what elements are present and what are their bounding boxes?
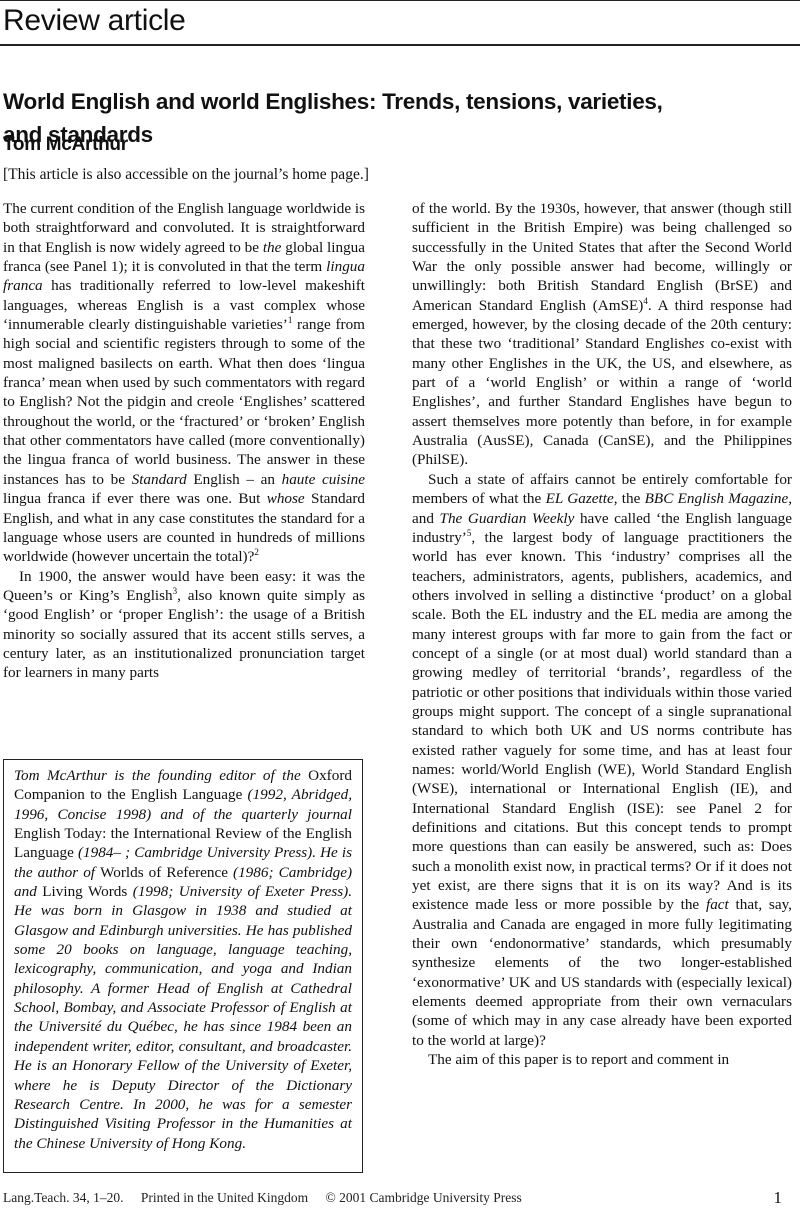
footnote-ref[interactable]: 2 bbox=[254, 547, 259, 557]
printed-note: Printed in the United Kingdom bbox=[141, 1190, 308, 1205]
paragraph: Such a state of affairs cannot be entire… bbox=[412, 470, 792, 1050]
left-column: The current condition of the English lan… bbox=[3, 199, 365, 683]
paragraph: In 1900, the answer would have been easy… bbox=[3, 567, 365, 683]
paragraph: The current condition of the English lan… bbox=[3, 199, 365, 567]
paragraph: of the world. By the 1930s, however, tha… bbox=[412, 199, 792, 470]
top-rule bbox=[0, 0, 800, 1]
article-author: Tom McArthur bbox=[3, 134, 128, 156]
page-number: 1 bbox=[774, 1188, 783, 1208]
journal-citation: Lang.Teach. 34, 1–20. bbox=[3, 1190, 124, 1205]
paragraph: The aim of this paper is to report and c… bbox=[412, 1050, 792, 1069]
right-column: of the world. By the 1930s, however, tha… bbox=[412, 199, 792, 1069]
home-page-note: [This article is also accessible on the … bbox=[3, 166, 369, 184]
page-footer: Lang.Teach. 34, 1–20. Printed in the Uni… bbox=[3, 1190, 783, 1206]
copyright: © 2001 Cambridge University Press bbox=[326, 1190, 522, 1205]
header-rule bbox=[0, 44, 800, 46]
section-label: Review article bbox=[3, 4, 186, 38]
author-bio-box: Tom McArthur is the founding editor of t… bbox=[3, 759, 363, 1173]
